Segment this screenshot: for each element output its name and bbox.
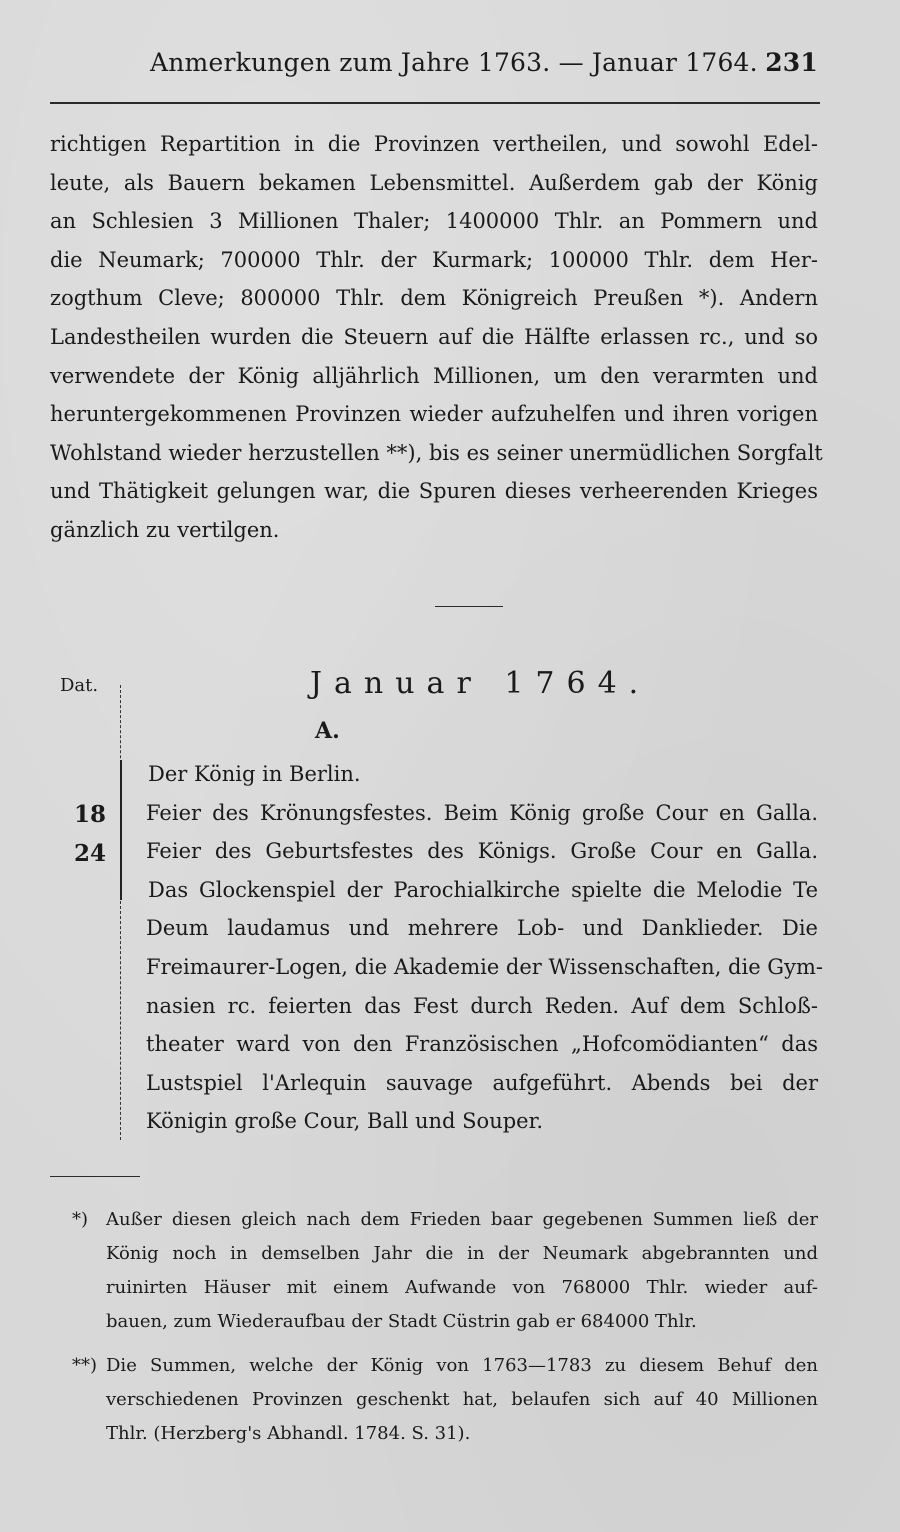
footnote-gap	[72, 1339, 818, 1349]
text-line: und Thätigkeit gelungen war, die Spuren …	[50, 472, 818, 511]
entry-date: 18	[66, 796, 106, 835]
text-line: die Neumark; 700000 Thlr. der Kurmark; 1…	[50, 241, 818, 280]
text-line: heruntergekommenen Provinzen wieder aufz…	[50, 395, 818, 434]
footnotes: *)Außer diesen gleich nach dem Frieden b…	[72, 1203, 818, 1451]
footnote-1-line: *)Außer diesen gleich nach dem Frieden b…	[72, 1203, 818, 1237]
text-line: leute, als Bauern bekamen Lebensmittel. …	[50, 164, 818, 203]
book-page: Anmerkungen zum Jahre 1763. — Januar 176…	[0, 0, 900, 1532]
entry-continuation: Königin große Cour, Ball und Souper.	[146, 1102, 818, 1141]
entry-text: Feier des Krönungsfestes. Beim König gro…	[146, 794, 818, 833]
running-head-title: Anmerkungen zum Jahre 1763. — Januar 176…	[150, 48, 758, 77]
footnote-2-line: **)Die Summen, welche der König von 1763…	[72, 1349, 818, 1383]
footnote-text: Außer diesen gleich nach dem Frieden baa…	[106, 1209, 818, 1230]
section-letter: A.	[315, 718, 345, 744]
entry-text: Feier des Geburtsfestes des Königs. Groß…	[146, 832, 818, 871]
text-line: an Schlesien 3 Millionen Thaler; 1400000…	[50, 202, 818, 241]
entry-continuation: Deum laudamus und mehrere Lob- und Dankl…	[146, 909, 818, 948]
chronicle-entries: Der König in Berlin. Feier des Krönungsf…	[146, 755, 818, 1141]
footnote-2-line: verschiedenen Provinzen geschenkt hat, b…	[72, 1383, 818, 1417]
text-line: gänzlich zu vertilgen.	[50, 511, 818, 550]
date-column-rule	[120, 685, 121, 1140]
text-line: zogthum Cleve; 800000 Thlr. dem Königrei…	[50, 279, 818, 318]
running-head: Anmerkungen zum Jahre 1763. — Januar 176…	[150, 48, 818, 84]
continued-paragraph: richtigen Repartition in die Provinzen v…	[50, 125, 818, 550]
footnote-2-line: Thlr. (Herzberg's Abhandl. 1784. S. 31).	[72, 1417, 818, 1451]
location-line: Der König in Berlin.	[146, 755, 818, 794]
entry-continuation: Lustspiel l'Arlequin sauvage aufgeführt.…	[146, 1064, 818, 1103]
entry-continuation: Freimaurer-Logen, die Akademie der Wisse…	[146, 948, 818, 987]
header-rule	[50, 102, 820, 104]
entry-continuation: nasien rc. feierten das Fest durch Reden…	[146, 987, 818, 1026]
footnote-text: Die Summen, welche der König von 1763—17…	[106, 1355, 818, 1376]
month-heading: Januar 1764.	[310, 666, 650, 701]
footnote-1-line: bauen, zum Wiederaufbau der Stadt Cüstri…	[72, 1305, 818, 1339]
text-line: verwendete der König alljährlich Million…	[50, 357, 818, 396]
date-column-rule-solid	[120, 760, 122, 900]
footnote-rule	[50, 1176, 140, 1177]
text-line: Wohlstand wieder herzustellen **), bis e…	[50, 434, 818, 473]
date-column: 18 24	[66, 796, 106, 873]
section-divider	[435, 606, 503, 607]
entry-continuation: theater ward von den Französischen „Hofc…	[146, 1025, 818, 1064]
footnote-1-line: König noch in demselben Jahr die in der …	[72, 1237, 818, 1271]
footnote-1-line: ruinirten Häuser mit einem Aufwande von …	[72, 1271, 818, 1305]
text-line: richtigen Repartition in die Provinzen v…	[50, 125, 818, 164]
footnote-mark: **)	[72, 1349, 106, 1383]
entry-date: 24	[66, 835, 106, 874]
date-column-label: Dat.	[60, 675, 98, 696]
entry-continuation: Das Glockenspiel der Parochialkirche spi…	[146, 871, 818, 910]
text-line: Landestheilen wurden die Steuern auf die…	[50, 318, 818, 357]
page-number: 231	[765, 48, 818, 77]
footnote-mark: *)	[72, 1203, 106, 1237]
